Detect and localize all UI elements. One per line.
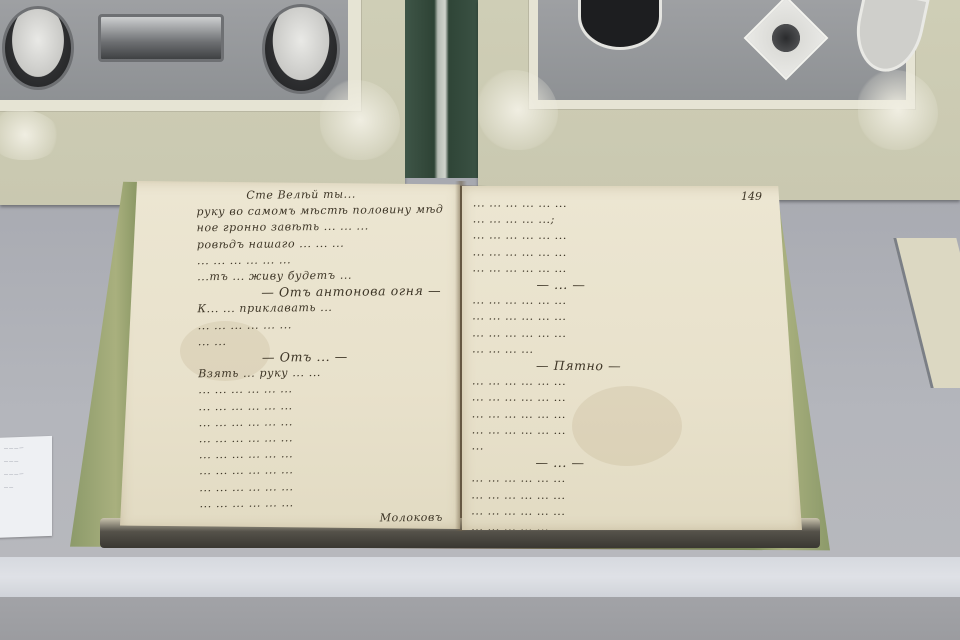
left-page: Сте Велѣй ты... руку во самомъ мѣстѣ пол… — [120, 181, 460, 529]
diamond-portrait — [744, 0, 829, 80]
text-line: ... — [472, 438, 692, 455]
section-heading: — ... — — [472, 455, 692, 472]
text-line: ... ... ... ... ... ... — [473, 244, 693, 261]
text-line: ... ... ... ... ... ... — [472, 422, 692, 439]
oval-portrait-right — [262, 4, 340, 94]
photo-collage-left — [0, 0, 348, 100]
ornament — [320, 80, 400, 160]
photo-mount-right — [478, 0, 960, 200]
signature-line: Молоковъ — [200, 510, 447, 529]
light-shield-photo — [848, 0, 929, 78]
section-heading: — Отъ антонова огня — — [197, 283, 444, 302]
manuscript-book: Сте Велѣй ты... руку во самомъ мѣстѣ пол… — [70, 178, 830, 558]
text-line: ... ... ... ... ... ... — [471, 487, 691, 504]
left-page-handwriting: Сте Велѣй ты... руку во самомъ мѣстѣ пол… — [196, 186, 447, 529]
text-line: ... ... ... ... ...; — [473, 212, 693, 229]
right-page: 149 ... ... ... ... ... ... ... ... ... … — [462, 186, 802, 530]
page-number: 149 — [741, 190, 762, 203]
text-line: ... ... ... ... ... ... — [472, 293, 692, 310]
display-shelf-edge — [0, 557, 960, 597]
museum-label-card: — — — —— — —— — — —— — — [0, 436, 52, 538]
display-shelf-front — [0, 597, 960, 640]
building-photo — [98, 14, 224, 62]
text-line: ... ... ... ... ... ... — [472, 309, 692, 326]
ornament — [858, 70, 938, 150]
section-heading: — Пятно — — [472, 357, 692, 374]
photo-mount-left — [0, 0, 405, 205]
right-page-handwriting: ... ... ... ... ... ... ... ... ... ... … — [471, 195, 692, 559]
text-line: ... ... ... ... ... ... — [471, 503, 691, 520]
ornament — [0, 110, 60, 160]
text-line: ... ... ... ... ... ... — [472, 406, 692, 423]
text-line: руку во самомъ мѣстѣ половину мѣд — [196, 202, 443, 221]
text-line: ... ... ... ... ... ... — [473, 260, 693, 277]
text-line: ... ... ... ... ... ... — [471, 471, 691, 488]
dark-shield-photo — [578, 0, 662, 50]
photo-collage-right — [538, 0, 906, 100]
museum-display-scene: — — — —— — —— — — —— — Сте Велѣй ты... р… — [0, 0, 960, 640]
text-line: ... ... ... ... — [472, 341, 692, 358]
section-heading: — ... — — [472, 276, 692, 293]
text-line: ... ... ... ... ... ... — [473, 195, 693, 212]
green-ribbon-divider — [405, 0, 478, 178]
text-line: ... ... ... ... ... ... — [472, 325, 692, 342]
text-line: ... ... ... ... ... ... — [473, 228, 693, 245]
text-line: ... ... ... ... ... ... — [472, 390, 692, 407]
text-line: ... ... ... ... ... ... — [472, 374, 692, 391]
oval-portrait-left — [2, 6, 74, 90]
